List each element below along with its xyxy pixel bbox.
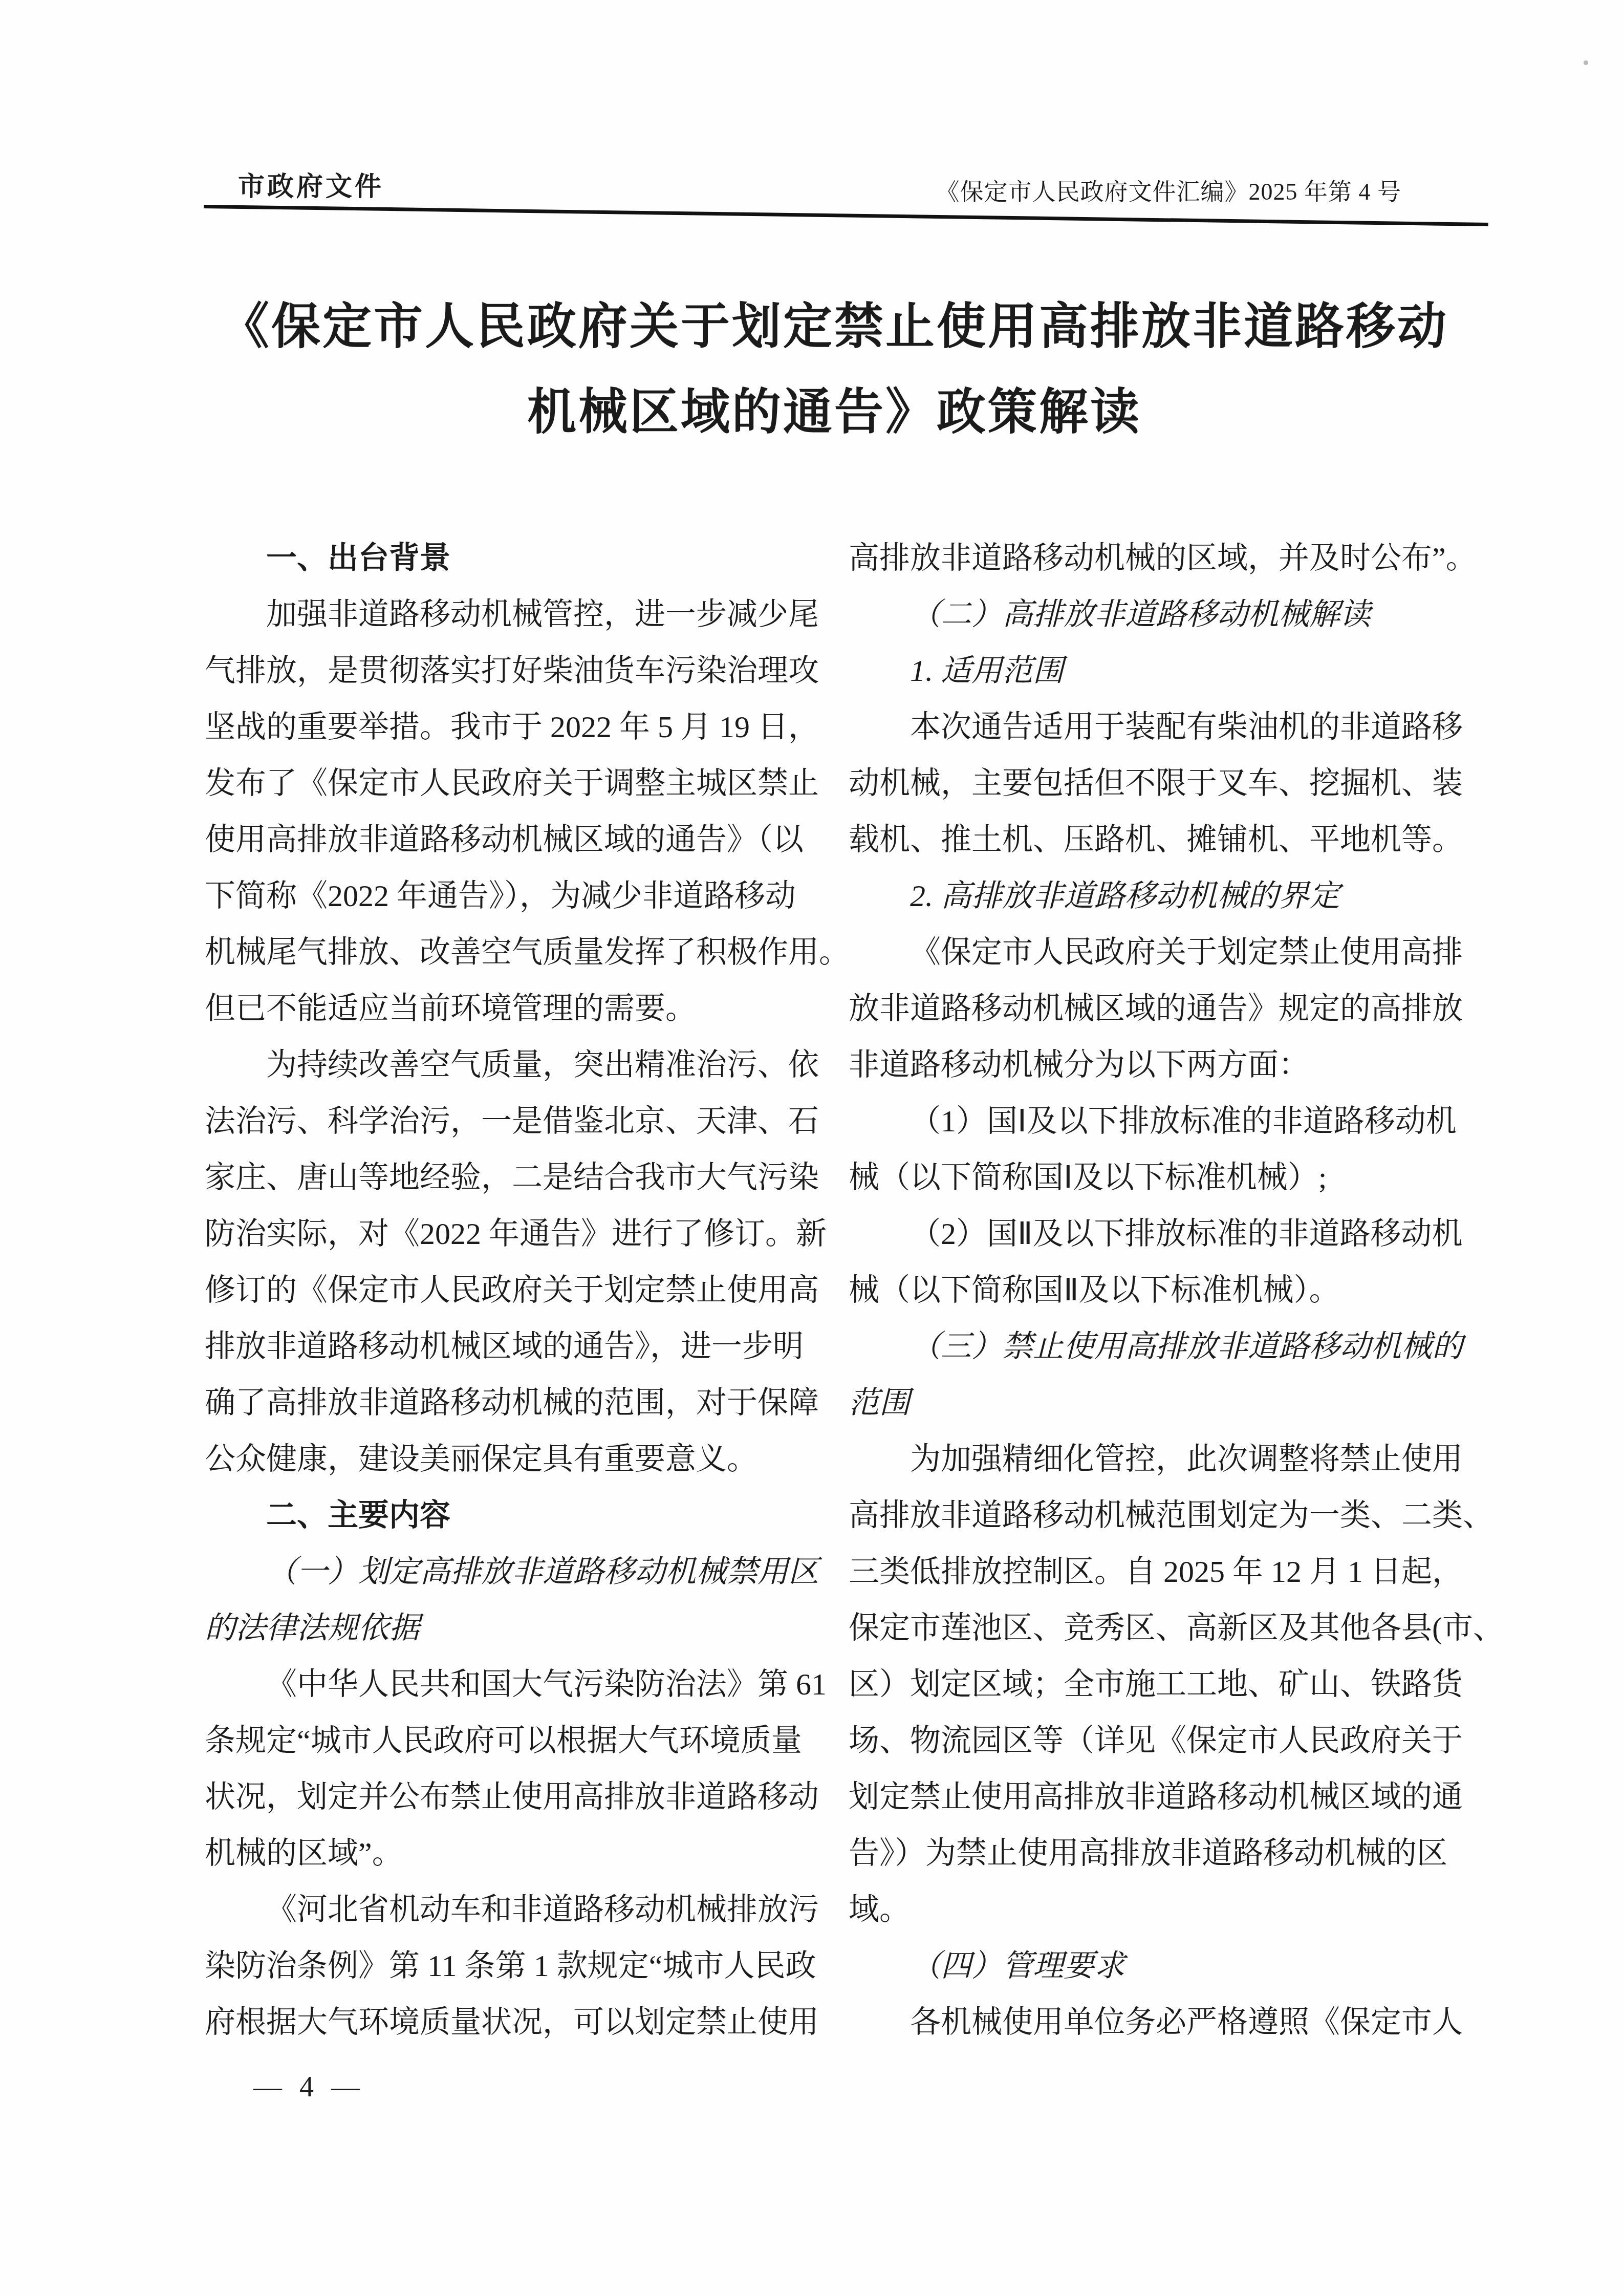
- paragraph-line: 非道路移动机械分为以下两方面：: [849, 1037, 1488, 1093]
- paragraph-line: 为持续改善空气质量，突出精准治污、依: [205, 1037, 815, 1093]
- left-column: 一、出台背景加强非道路移动机械管控，进一步减少尾气排放，是贯彻落实打好柴油货车污…: [205, 530, 815, 2050]
- paragraph-line: 坚战的重要举措。我市于 2022 年 5 月 19 日，: [205, 699, 815, 755]
- paragraph-line: 高排放非道路移动机械的区域，并及时公布”。: [849, 530, 1488, 586]
- paragraph-line: 《中华人民共和国大气污染防治法》第 61: [205, 1656, 815, 1712]
- paragraph-line: （1）国Ⅰ及以下排放标准的非道路移动机: [849, 1093, 1488, 1149]
- paragraph-line: 范围: [849, 1375, 1488, 1431]
- paragraph-line: 三类低排放控制区。自 2025 年 12 月 1 日起，: [849, 1543, 1488, 1600]
- paragraph-line: 保定市莲池区、竞秀区、高新区及其他各县(市、: [849, 1600, 1488, 1656]
- paragraph-line: 载机、推土机、压路机、摊铺机、平地机等。: [849, 811, 1488, 868]
- paragraph-line: 《河北省机动车和非道路移动机械排放污: [205, 1881, 815, 1938]
- paragraph-line: 《保定市人民政府关于划定禁止使用高排: [849, 924, 1488, 980]
- document-title: 《保定市人民政府关于划定禁止使用高排放非道路移动 机械区域的通告》政策解读: [194, 284, 1474, 455]
- paragraph-line: 发布了《保定市人民政府关于调整主城区禁止: [205, 755, 815, 811]
- title-line-1: 《保定市人民政府关于划定禁止使用高排放非道路移动: [194, 284, 1474, 369]
- paragraph-line: 染防治条例》第 11 条第 1 款规定“城市人民政: [205, 1938, 815, 1994]
- paragraph-line: 动机械，主要包括但不限于叉车、挖掘机、装: [849, 755, 1488, 811]
- paragraph-line: 各机械使用单位务必严格遵照《保定市人: [849, 1994, 1488, 2050]
- paragraph-line: 排放非道路移动机械区域的通告》，进一步明: [205, 1318, 815, 1375]
- paragraph-line: 械（以下简称国Ⅱ及以下标准机械）。: [849, 1262, 1488, 1318]
- paragraph-line: 划定禁止使用高排放非道路移动机械区域的通: [849, 1769, 1488, 1825]
- paragraph-line: 确了高排放非道路移动机械的范围，对于保障: [205, 1375, 815, 1431]
- header-rule: [204, 205, 1488, 226]
- paragraph-line: 防治实际，对《2022 年通告》进行了修订。新: [205, 1206, 815, 1262]
- scan-artifact-dot: [1584, 60, 1588, 65]
- paragraph-line: 放非道路移动机械区域的通告》规定的高排放: [849, 980, 1488, 1037]
- paragraph-line: 的法律法规依据: [205, 1600, 815, 1656]
- paragraph-line: 域。: [849, 1881, 1488, 1938]
- paragraph-line: 机械尾气排放、改善空气质量发挥了积极作用。: [205, 924, 815, 980]
- paragraph-line: 府根据大气环境质量状况，可以划定禁止使用: [205, 1994, 815, 2050]
- paragraph-line: 条规定“城市人民政府可以根据大气环境质量: [205, 1712, 815, 1769]
- paragraph-line: 2. 高排放非道路移动机械的界定: [849, 868, 1488, 924]
- paragraph-line: 修订的《保定市人民政府关于划定禁止使用高: [205, 1262, 815, 1318]
- paragraph-line: 气排放，是贯彻落实打好柴油货车污染治理攻: [205, 642, 815, 699]
- paragraph-line: 加强非道路移动机械管控，进一步减少尾: [205, 586, 815, 642]
- paragraph-line: 但已不能适应当前环境管理的需要。: [205, 980, 815, 1037]
- right-column: 高排放非道路移动机械的区域，并及时公布”。（二）高排放非道路移动机械解读1. 适…: [849, 530, 1488, 2050]
- paragraph-line: 公众健康，建设美丽保定具有重要意义。: [205, 1431, 815, 1487]
- document-page: 市政府文件 《保定市人民政府文件汇编》2025 年第 4 号 《保定市人民政府关…: [0, 0, 1624, 2296]
- paragraph-line: 械（以下简称国Ⅰ及以下标准机械）;: [849, 1149, 1488, 1206]
- paragraph-line: 1. 适用范围: [849, 642, 1488, 699]
- paragraph-line: （一）划定高排放非道路移动机械禁用区: [205, 1543, 815, 1600]
- paragraph-line: （2）国Ⅱ及以下排放标准的非道路移动机: [849, 1206, 1488, 1262]
- paragraph-line: 家庄、唐山等地经验，二是结合我市大气污染: [205, 1149, 815, 1206]
- paragraph-line: 一、出台背景: [205, 530, 815, 586]
- paragraph-line: 使用高排放非道路移动机械区域的通告》（以: [205, 811, 815, 868]
- header-doc-type: 市政府文件: [238, 165, 384, 203]
- paragraph-line: 状况，划定并公布禁止使用高排放非道路移动: [205, 1769, 815, 1825]
- page-number: — 4 —: [253, 2064, 365, 2110]
- paragraph-line: 机械的区域”。: [205, 1825, 815, 1881]
- paragraph-line: 高排放非道路移动机械范围划定为一类、二类、: [849, 1487, 1488, 1543]
- paragraph-line: 区）划定区域；全市施工工地、矿山、铁路货: [849, 1656, 1488, 1712]
- paragraph-line: （三）禁止使用高排放非道路移动机械的: [849, 1318, 1488, 1375]
- title-line-2: 机械区域的通告》政策解读: [194, 369, 1474, 455]
- paragraph-line: 场、物流园区等（详见《保定市人民政府关于: [849, 1712, 1488, 1769]
- paragraph-line: 二、主要内容: [205, 1487, 815, 1543]
- paragraph-line: （二）高排放非道路移动机械解读: [849, 586, 1488, 642]
- paragraph-line: 本次通告适用于装配有柴油机的非道路移: [849, 699, 1488, 755]
- paragraph-line: （四）管理要求: [849, 1938, 1488, 1994]
- paragraph-line: 法治污、科学治污，一是借鉴北京、天津、石: [205, 1093, 815, 1149]
- paragraph-line: 为加强精细化管控，此次调整将禁止使用: [849, 1431, 1488, 1487]
- paragraph-line: 告》）为禁止使用高排放非道路移动机械的区: [849, 1825, 1488, 1881]
- paragraph-line: 下简称《2022 年通告》），为减少非道路移动: [205, 868, 815, 924]
- header-compilation-info: 《保定市人民政府文件汇编》2025 年第 4 号: [936, 173, 1402, 207]
